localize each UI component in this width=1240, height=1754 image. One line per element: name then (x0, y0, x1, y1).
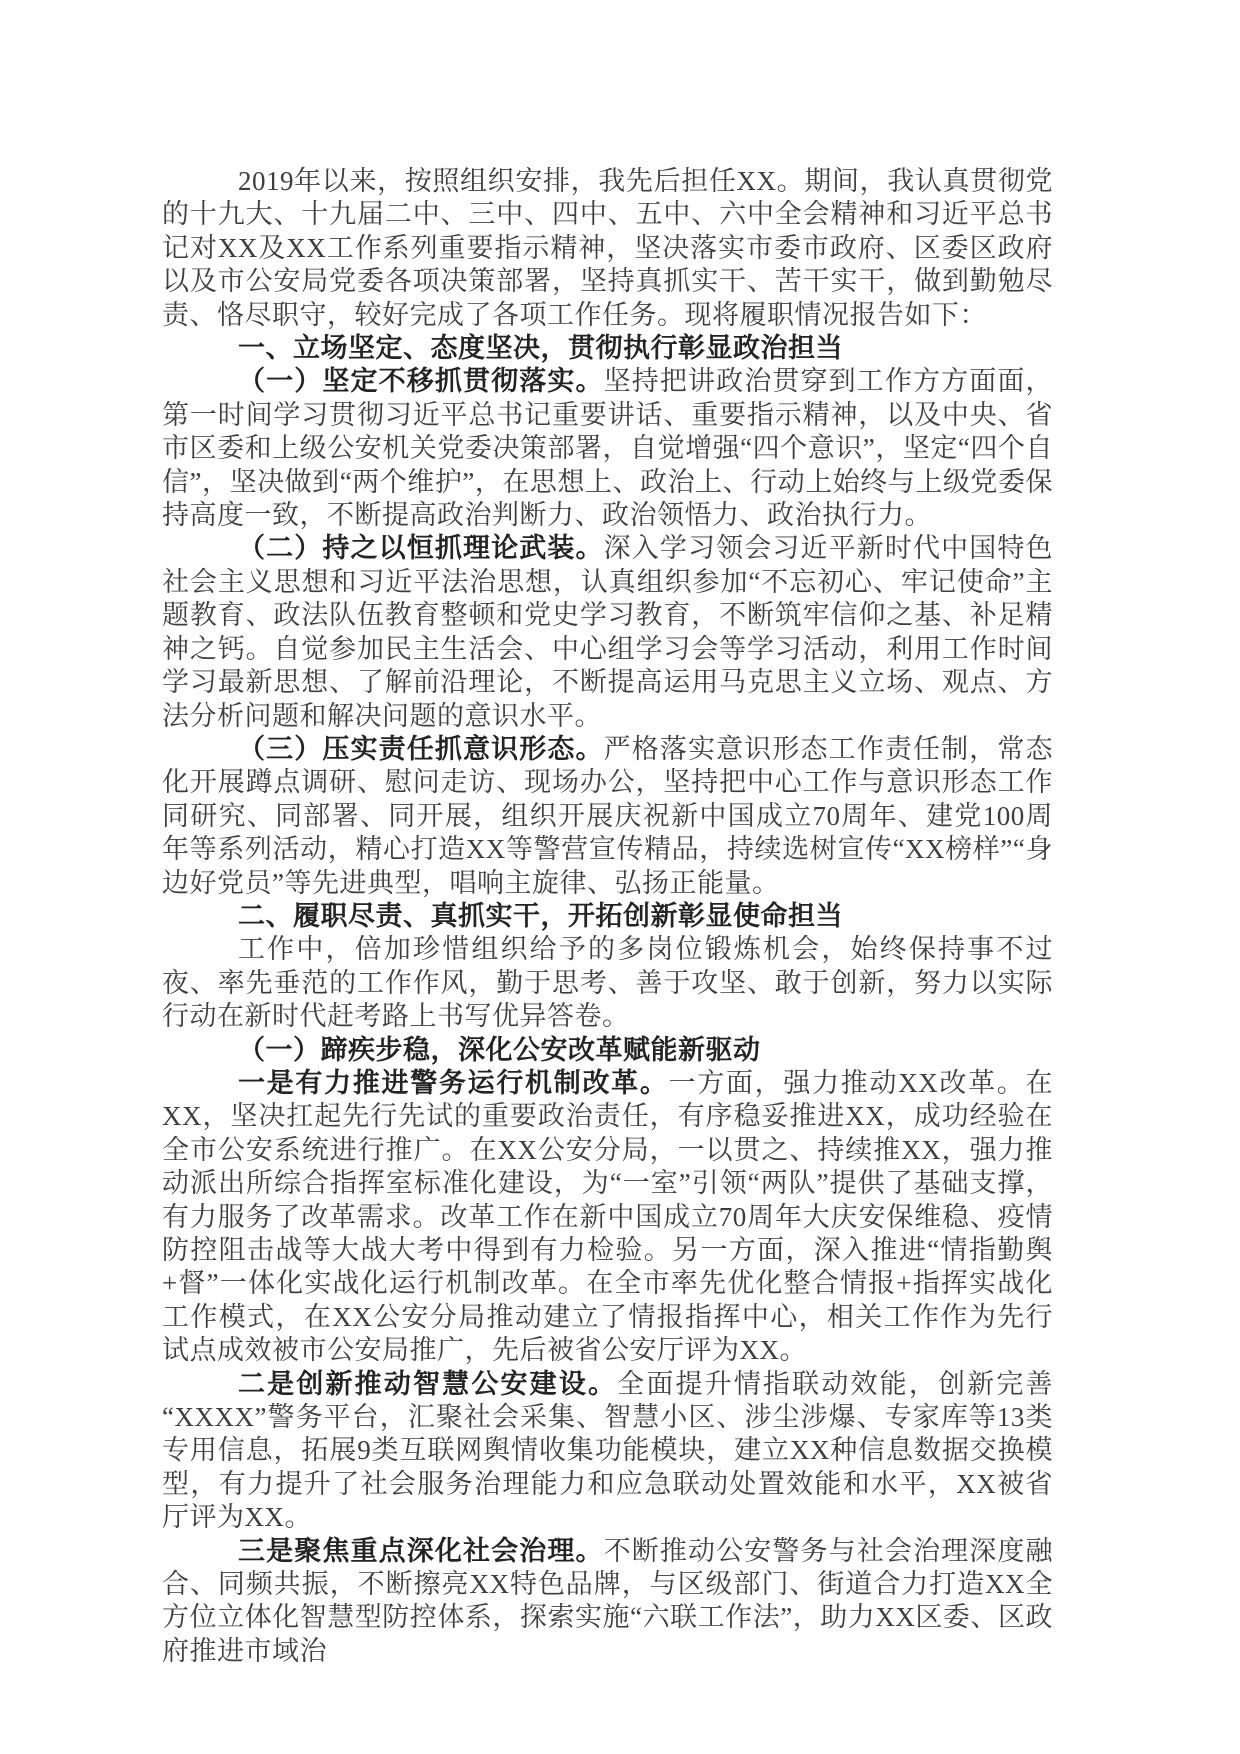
heading-text: 二、履职尽责、真抓实干，开拓创新彰显使命担当 (238, 901, 843, 931)
item-lead: （三）压实责任抓意识形态。 (238, 734, 604, 764)
document-page: 2019年以来，按照组织安排，我先后担任XX。期间，我认真贯彻党的十九大、十九届… (0, 0, 1240, 1754)
heading-text: 一、立场坚定、态度坚决，贯彻执行彰显政治担当 (238, 333, 843, 363)
paragraph-text: 一方面，强力推动XX改革。在XX，坚决扛起先行先试的重要政治责任，有序稳妥推进X… (162, 1068, 1053, 1365)
item-lead: 一是有力推进警务运行机制改革。 (238, 1068, 669, 1098)
section-1-heading: 一、立场坚定、态度坚决，贯彻执行彰显政治担当 (162, 332, 1053, 365)
section-2-intro-paragraph: 工作中，倍加珍惜组织给予的多岗位锻炼机会，始终保持事不过夜、率先垂范的工作作风，… (162, 933, 1053, 1033)
item-2-1-1-paragraph: 一是有力推进警务运行机制改革。一方面，强力推动XX改革。在XX，坚决扛起先行先试… (162, 1067, 1053, 1368)
item-lead: （二）持之以恒抓理论武装。 (238, 533, 604, 563)
paragraph-text: 2019年以来，按照组织安排，我先后担任XX。期间，我认真贯彻党的十九大、十九届… (162, 166, 1053, 330)
subsection-2-1-heading: （一）蹄疾步稳，深化公安改革赋能新驱动 (162, 1034, 1053, 1067)
item-lead: 二是创新推动智慧公安建设。 (238, 1369, 617, 1399)
item-2-1-3-paragraph: 三是聚焦重点深化社会治理。不断推动公安警务与社会治理深度融合、同频共振，不断擦亮… (162, 1535, 1053, 1669)
item-1-1-paragraph: （一）坚定不移抓贯彻落实。坚持把讲政治贯穿到工作方方面面，第一时间学习贯彻习近平… (162, 365, 1053, 532)
item-1-3-paragraph: （三）压实责任抓意识形态。严格落实意识形态工作责任制，常态化开展蹲点调研、慰问走… (162, 733, 1053, 900)
document-body: 2019年以来，按照组织安排，我先后担任XX。期间，我认真贯彻党的十九大、十九届… (162, 165, 1053, 1668)
intro-paragraph: 2019年以来，按照组织安排，我先后担任XX。期间，我认真贯彻党的十九大、十九届… (162, 165, 1053, 332)
heading-text: （一）蹄疾步稳，深化公安改革赋能新驱动 (238, 1035, 761, 1065)
paragraph-text: 工作中，倍加珍惜组织给予的多岗位锻炼机会，始终保持事不过夜、率先垂范的工作作风，… (162, 934, 1053, 1031)
item-lead: （一）坚定不移抓贯彻落实。 (238, 366, 604, 396)
section-2-heading: 二、履职尽责、真抓实干，开拓创新彰显使命担当 (162, 900, 1053, 933)
item-1-2-paragraph: （二）持之以恒抓理论武装。深入学习领会习近平新时代中国特色社会主义思想和习近平法… (162, 532, 1053, 732)
item-2-1-2-paragraph: 二是创新推动智慧公安建设。全面提升情指联动效能，创新完善“XXXX”警务平台，汇… (162, 1368, 1053, 1535)
item-lead: 三是聚焦重点深化社会治理。 (238, 1536, 604, 1566)
